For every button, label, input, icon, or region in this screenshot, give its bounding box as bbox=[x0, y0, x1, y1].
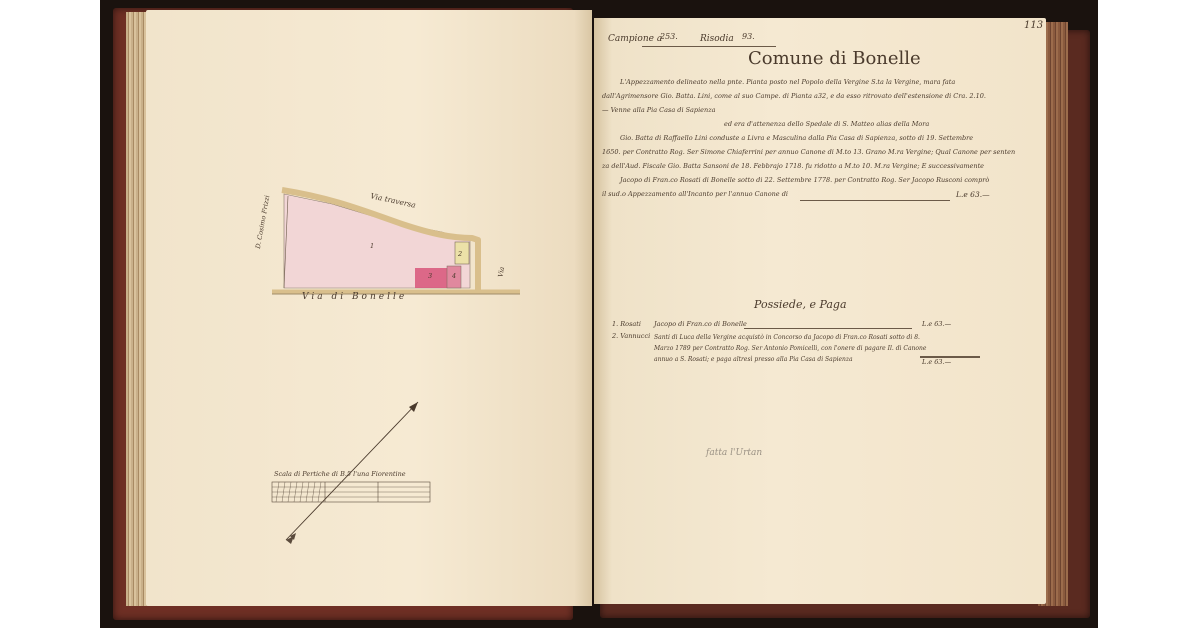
campione-label: Campione a bbox=[608, 34, 662, 44]
ledger-text-1: Jacopo di Fran.co di Bonelle bbox=[654, 320, 747, 328]
parcel-4-number: 4 bbox=[452, 272, 456, 280]
neighbor-label: D. Cosimo Frizzi bbox=[254, 195, 271, 250]
parcel-2-number: 2 bbox=[458, 250, 462, 258]
campione-value: 253. bbox=[660, 32, 678, 41]
paragraph-line-2: dall'Agrimensore Gio. Batta. Lini, come … bbox=[602, 92, 986, 100]
section-title: Possiede, e Paga bbox=[754, 298, 847, 311]
ledger-ref-2: 2. Vannucci bbox=[612, 332, 650, 340]
paragraph-line-5: Gio. Batta di Raffaello Lini conduste a … bbox=[620, 134, 973, 142]
left-page: Via traversa Via di Bonelle Via D. Cosim… bbox=[146, 10, 592, 606]
page-number: 113 bbox=[1024, 20, 1043, 31]
paragraph-line-8: Jacopo di Fran.co Rosati di Bonelle sott… bbox=[620, 176, 989, 184]
parcel-1-number: 1 bbox=[370, 242, 374, 250]
scale-label: Scala di Pertiche di B.5 l'una Fiorentin… bbox=[274, 470, 406, 478]
paragraph-line-9: il sud.o Appezzamento all'Incanto per l'… bbox=[602, 190, 788, 198]
ledger-fill-line-1 bbox=[744, 328, 912, 329]
ledger-amount-2: L.e 63.— bbox=[922, 358, 951, 366]
document-title: Comune di Bonelle bbox=[748, 48, 921, 69]
paragraph-line-1: L'Appezzamento delineato nella pnte. Pia… bbox=[620, 78, 955, 86]
right-page: 113 Campione a 253. Risodia 93. Comune d… bbox=[594, 18, 1046, 604]
paragraph-line-4: ed era d'attenenza dello Spedale di S. M… bbox=[724, 120, 929, 128]
paragraph-line-7: za dell'Aud. Fiscale Gio. Batta Sansoni … bbox=[602, 162, 984, 170]
paragraph-line-6: 1650. per Contratto Rog. Ser Simone Chia… bbox=[602, 148, 1015, 156]
canone-fill-line bbox=[800, 200, 950, 201]
ledger-text-2: Santi di Luca della Vergine acquistò in … bbox=[654, 332, 934, 365]
risodia-value: 93. bbox=[742, 32, 755, 41]
ledger-ref-1: 1. Rosati bbox=[612, 320, 641, 328]
pencil-annotation: fatta l'Urtan bbox=[706, 448, 762, 458]
risodia-label: Risodia bbox=[700, 34, 734, 44]
header-underline bbox=[642, 46, 776, 47]
ledger-amount-1: L.e 63.— bbox=[922, 320, 951, 328]
road-label-bottom: Via di Bonelle bbox=[302, 292, 407, 302]
canone-amount: L.e 63.— bbox=[956, 190, 990, 199]
parcel-3-number: 3 bbox=[428, 272, 432, 280]
paragraph-line-3: — Venne alla Pia Casa di Sapienza bbox=[602, 106, 716, 114]
